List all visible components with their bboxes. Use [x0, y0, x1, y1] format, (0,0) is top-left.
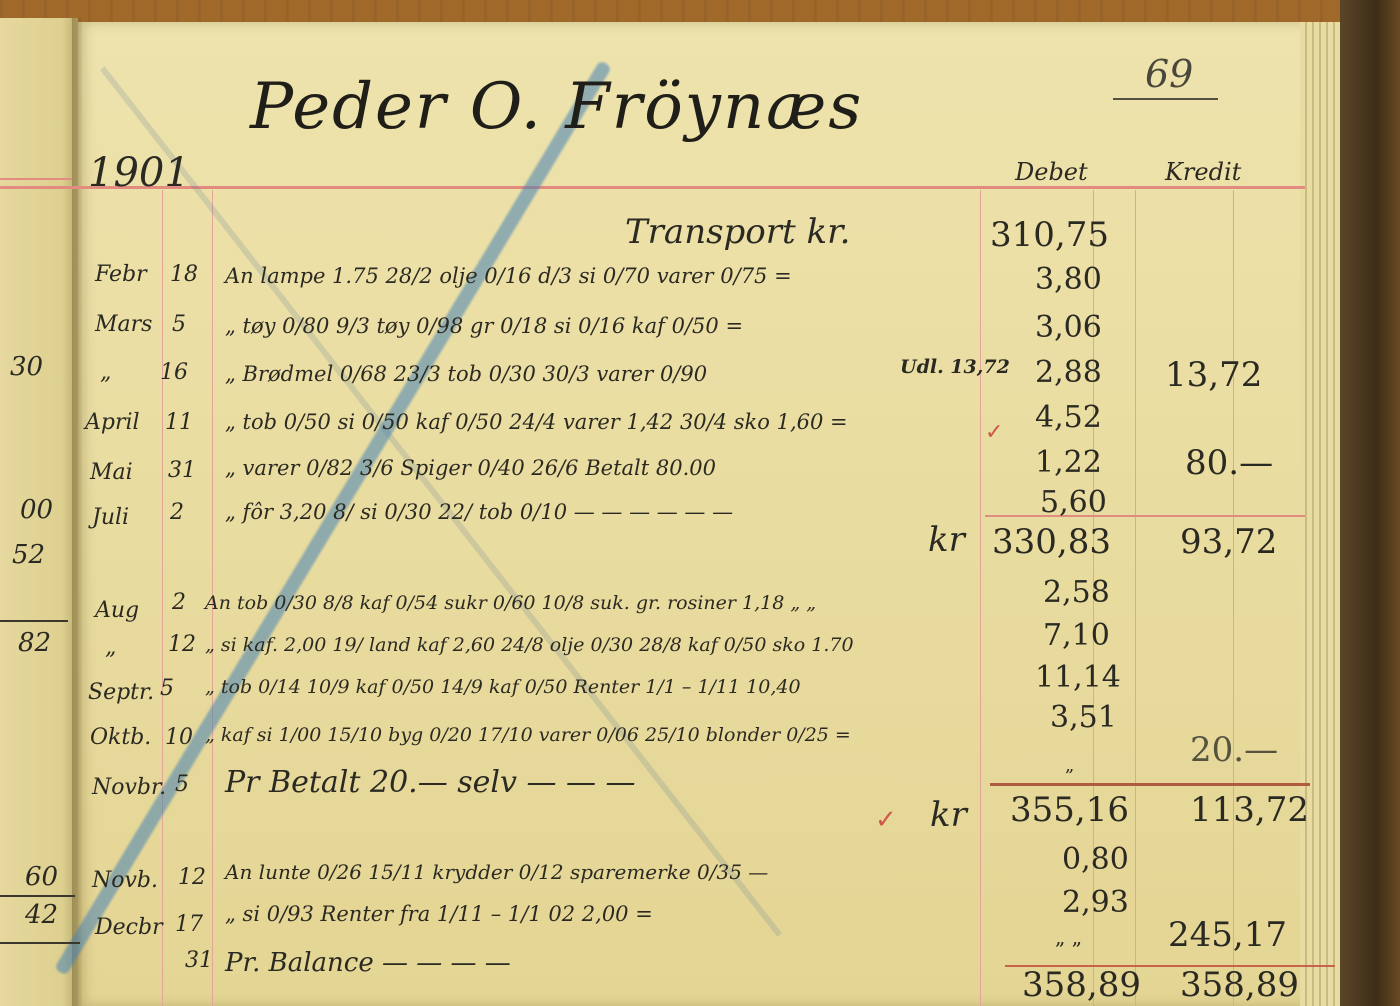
entry-debit: „ „ — [1055, 925, 1082, 949]
left-page-number: 82 — [18, 628, 51, 658]
column-rule-right — [1305, 190, 1306, 1006]
entry-debit: 2,93 — [1062, 885, 1129, 920]
red-check-mark: ✓ — [985, 420, 1003, 445]
account-name-title: Peder O. Fröynæs — [250, 70, 863, 144]
left-page-rule — [0, 178, 72, 180]
left-page-number: 42 — [25, 900, 58, 930]
entry-day: 18 — [170, 262, 198, 287]
subtotal-2-label: kr — [930, 795, 967, 835]
entry-debit: 3,51 — [1050, 700, 1117, 735]
entry-month: „ — [100, 360, 111, 385]
subtotal-1-debit: 330,83 — [992, 522, 1111, 562]
credit-column-header: Kredit — [1165, 158, 1241, 186]
left-page-number: 60 — [25, 862, 58, 892]
left-page-total-rule — [0, 942, 80, 944]
debit-column-header: Debet — [1015, 158, 1088, 186]
year-label: 1901 — [88, 150, 190, 196]
entry-credit: 245,17 — [1168, 915, 1287, 955]
entry-month: Novb. — [92, 868, 158, 893]
entry-day: 11 — [165, 410, 193, 435]
entry-description: „ fôr 3,20 8/ si 0/30 22/ tob 0/10 — — —… — [225, 500, 733, 524]
left-page-number: 00 — [20, 495, 53, 525]
entry-credit: 13,72 — [1165, 355, 1262, 395]
red-check-mark: ✓ — [875, 805, 897, 835]
entry-month: Mai — [90, 460, 133, 485]
grand-total-credit: 358,89 — [1180, 965, 1299, 1005]
entry-month: Mars — [95, 312, 152, 337]
left-page-total-rule — [0, 620, 68, 622]
entry-month: Oktb. — [90, 725, 151, 750]
left-page-number: 52 — [12, 540, 45, 570]
entry-description: An lunte 0/26 15/11 krydder 0/12 spareme… — [225, 860, 768, 884]
entry-day: 31 — [185, 948, 213, 973]
entry-debit: „ — [1065, 755, 1074, 776]
entry-description: An lampe 1.75 28/2 olje 0/16 d/3 si 0/70… — [225, 264, 792, 288]
entry-month: Febr — [95, 262, 147, 287]
entry-day: 5 — [160, 676, 174, 701]
entry-debit: 7,10 — [1043, 618, 1110, 653]
subtotal-2-credit: 113,72 — [1190, 790, 1309, 830]
entry-description: „ tob 0/50 si 0/50 kaf 0/50 24/4 varer 1… — [225, 410, 848, 434]
column-rule-date — [162, 190, 163, 1006]
entry-debit: 1,22 — [1035, 445, 1102, 480]
entry-debit: 2,58 — [1043, 575, 1110, 610]
book-gutter — [72, 18, 82, 1006]
entry-description: „ Brødmel 0/68 23/3 tob 0/30 30/3 varer … — [225, 362, 707, 386]
entry-debit: 3,06 — [1035, 310, 1102, 345]
entry-day: 5 — [172, 312, 186, 337]
transport-label: Transport kr. — [625, 212, 850, 252]
entry-day: 12 — [178, 865, 206, 890]
subtotal-1-label: kr — [928, 520, 965, 560]
entry-description: Pr Betalt 20.— selv — — — — [225, 765, 636, 800]
entry-credit: 20.— — [1190, 730, 1278, 770]
entry-debit: 2,88 — [1035, 355, 1102, 390]
left-page-total-rule — [0, 895, 75, 897]
entry-description: „ si kaf. 2,00 19/ land kaf 2,60 24/8 ol… — [205, 634, 854, 656]
entry-debit: 5,60 — [1040, 485, 1107, 520]
entry-description: An tob 0/30 8/8 kaf 0/54 sukr 0/60 10/8 … — [205, 592, 816, 614]
subtotal-1-credit: 93,72 — [1180, 522, 1277, 562]
entry-month: Juli — [92, 505, 129, 530]
entry-debit: 11,14 — [1035, 660, 1121, 695]
entry-debit: 4,52 — [1035, 400, 1102, 435]
page-number: 69 — [1145, 52, 1193, 96]
entry-day: 31 — [168, 458, 196, 483]
subtotal-2-rule — [990, 783, 1310, 786]
entry-day: 2 — [170, 500, 184, 525]
entry-description: „ tob 0/14 10/9 kaf 0/50 14/9 kaf 0/50 R… — [205, 676, 801, 698]
entry-note: Udl. 13,72 — [900, 356, 1010, 378]
entry-month: Aug — [95, 598, 139, 623]
transport-debit: 310,75 — [990, 215, 1109, 255]
grand-total-debit: 358,89 — [1022, 965, 1141, 1005]
column-rule-credit-cents — [1233, 190, 1234, 1006]
entry-credit: 80.— — [1185, 443, 1273, 483]
entry-description: „ varer 0/82 3/6 Spiger 0/40 26/6 Betalt… — [225, 456, 716, 480]
subtotal-1-rule — [985, 515, 1305, 517]
entry-month: „ — [105, 635, 116, 660]
entry-day: 5 — [175, 772, 189, 797]
book-cover-edge — [1340, 0, 1400, 1006]
entry-description: „ kaf si 1/00 15/10 byg 0/20 17/10 varer… — [205, 724, 851, 746]
entry-description: „ tøy 0/80 9/3 tøy 0/98 gr 0/18 si 0/16 … — [225, 314, 743, 338]
entry-debit: 0,80 — [1062, 842, 1129, 877]
entry-day: 12 — [168, 632, 196, 657]
left-page-number: 30 — [10, 352, 43, 382]
entry-month: Septr. — [88, 680, 154, 705]
entry-description: Pr. Balance — — — — — [225, 948, 511, 978]
column-rule-credit-left — [1135, 190, 1136, 1006]
entry-month: April — [85, 410, 140, 435]
entry-day: 17 — [175, 912, 203, 937]
page-number-underline — [1113, 98, 1218, 100]
entry-month: Decbr — [95, 915, 163, 940]
entry-day: 2 — [172, 590, 186, 615]
entry-day: 10 — [165, 725, 193, 750]
subtotal-2-debit: 355,16 — [1010, 790, 1129, 830]
entry-day: 16 — [160, 360, 188, 385]
entry-month: Novbr. — [92, 775, 166, 800]
entry-description: „ si 0/93 Renter fra 1/11 – 1/1 02 2,00 … — [225, 902, 653, 926]
column-rule-debit-left — [980, 190, 981, 1006]
entry-debit: 3,80 — [1035, 262, 1102, 297]
